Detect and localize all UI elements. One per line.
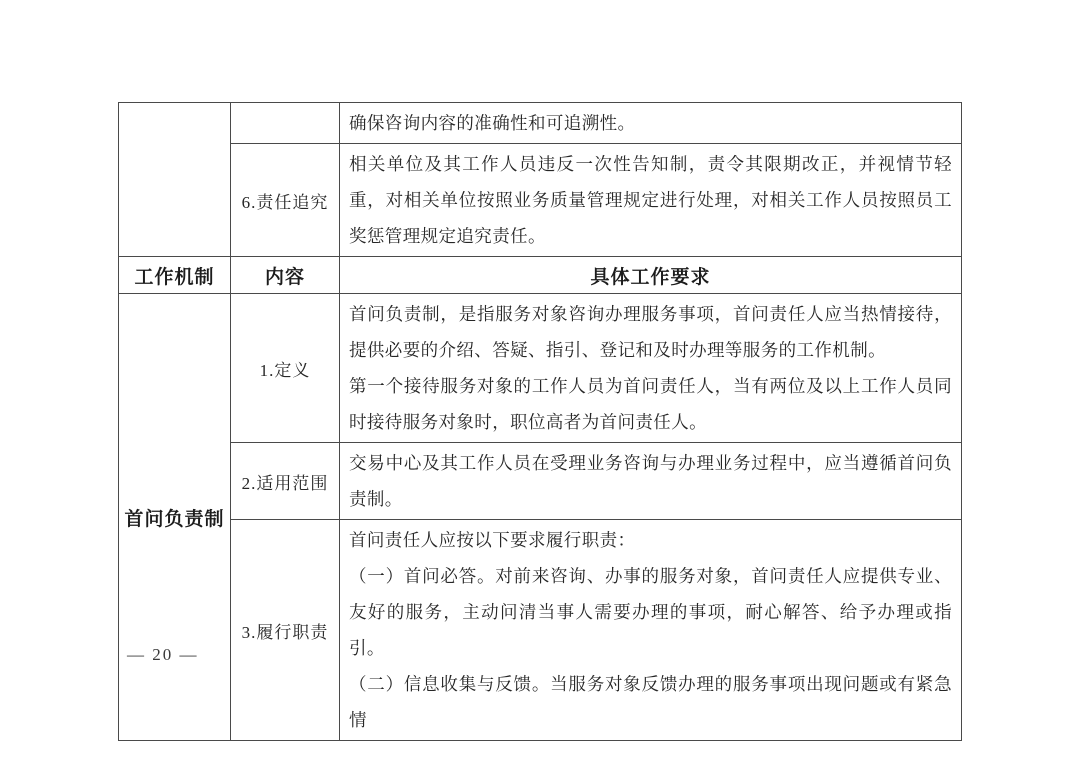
content-label-accountability: 6.责任追究 bbox=[231, 144, 340, 257]
work-mechanism-table: 确保咨询内容的准确性和可追溯性。 6.责任追究 相关单位及其工作人员违反一次性告… bbox=[118, 102, 962, 741]
requirement-text: 相关单位及其工作人员违反一次性告知制，责令其限期改正，并视情节轻重，对相关单位按… bbox=[340, 144, 962, 257]
header-specific-requirements: 具体工作要求 bbox=[340, 257, 962, 294]
table-row-accountability: 6.责任追究 相关单位及其工作人员违反一次性告知制，责令其限期改正，并视情节轻重… bbox=[119, 144, 962, 257]
table-row-definition: 首问负责制 1.定义 首问负责制，是指服务对象咨询办理服务事项，首问责任人应当热… bbox=[119, 294, 962, 443]
mechanism-cell-first-inquiry: 首问负责制 bbox=[119, 294, 231, 741]
header-content: 内容 bbox=[231, 257, 340, 294]
content-label-definition: 1.定义 bbox=[231, 294, 340, 443]
table-header-row: 工作机制 内容 具体工作要求 bbox=[119, 257, 962, 294]
requirement-text: 首问责任人应按以下要求履行职责： （一）首问必答。对前来咨询、办事的服务对象，首… bbox=[340, 520, 962, 741]
requirement-text: 首问负责制，是指服务对象咨询办理服务事项，首问责任人应当热情接待，提供必要的介绍… bbox=[340, 294, 962, 443]
requirement-text: 交易中心及其工作人员在受理业务咨询与办理业务过程中，应当遵循首问负责制。 bbox=[340, 443, 962, 520]
content-label-empty bbox=[231, 103, 340, 144]
mechanism-cell-empty bbox=[119, 103, 231, 257]
content-label-duties: 3.履行职责 bbox=[231, 520, 340, 741]
page-number: — 20 — bbox=[127, 645, 199, 665]
header-work-mechanism: 工作机制 bbox=[119, 257, 231, 294]
table-row-continuation-1: 确保咨询内容的准确性和可追溯性。 bbox=[119, 103, 962, 144]
document-page: 确保咨询内容的准确性和可追溯性。 6.责任追究 相关单位及其工作人员违反一次性告… bbox=[0, 0, 1080, 763]
content-label-scope: 2.适用范围 bbox=[231, 443, 340, 520]
table-row-scope: 2.适用范围 交易中心及其工作人员在受理业务咨询与办理业务过程中，应当遵循首问负… bbox=[119, 443, 962, 520]
table-row-duties: 3.履行职责 首问责任人应按以下要求履行职责： （一）首问必答。对前来咨询、办事… bbox=[119, 520, 962, 741]
requirement-text: 确保咨询内容的准确性和可追溯性。 bbox=[340, 103, 962, 144]
